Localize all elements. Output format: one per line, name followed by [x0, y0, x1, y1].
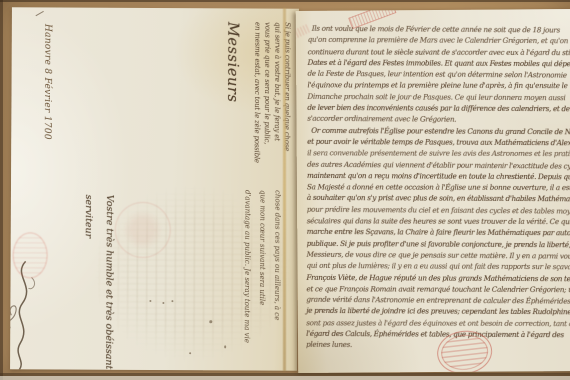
- manuscript-line: je prends la liberté de joindre ici des …: [306, 305, 570, 318]
- letter-page-right: Ils ont voulu que le mois de Février de …: [296, 9, 570, 373]
- manuscript-line: qui ont plus de lumières; il y en a eu a…: [307, 260, 570, 273]
- continuation-line: d'avantage au public. Je seray toute ma …: [239, 190, 255, 368]
- valediction-line: serviteur: [77, 195, 99, 368]
- manuscript-line: qu'on comprenne la première de Mars avec…: [308, 34, 570, 47]
- manuscript-line: Dimanche prochain soit le jour de Pasque…: [307, 91, 570, 104]
- continuation-block: chose dans ces pays ou ailleurs, à ceque…: [227, 190, 285, 368]
- manuscript-line: des autres Académies qui viennent d'étab…: [307, 158, 570, 171]
- ink-speck: [162, 302, 164, 304]
- closing-line: en mesme estat, avec tout le zèle possib…: [251, 22, 262, 200]
- ink-speck: [171, 300, 173, 302]
- closing-lines: Si je puis contribuer en quelque chosequ…: [251, 22, 292, 200]
- closing-line: qui serve à vostre but, je le feray et: [271, 22, 282, 200]
- ink-speck: [209, 320, 212, 323]
- manuscript-line: marche entre les Sçavans, la Chaire à fa…: [307, 226, 570, 239]
- letter-page-left: Hanovre 8 Février 1700 Si je puis contri…: [10, 7, 299, 370]
- manuscript-line: Sa Majesté a donné en cette occasion à l…: [307, 181, 570, 193]
- valediction-block: Vostre très humble et très obéissantserv…: [54, 194, 120, 367]
- continuation-lines: chose dans ces pays ou ailleurs, à ceque…: [239, 190, 285, 368]
- ink-speck: [224, 345, 226, 348]
- photo-top-edge: [0, 0, 570, 2]
- letter-body-text: Ils ont voulu que le mois de Février de …: [306, 23, 570, 352]
- manuscript-line: grande vérité dans l'Astronomie en entre…: [306, 294, 570, 307]
- faint-oval-stamp: [13, 232, 48, 278]
- manuscript-line: séculaires qui dans la suite des heures …: [307, 215, 570, 227]
- date-line: Hanovre 8 Février 1700: [28, 24, 53, 159]
- manuscript-line: sont pas assez justes à l'égard des équi…: [306, 317, 570, 329]
- manuscript-line: il sera convenable présentement de suivr…: [307, 148, 570, 160]
- manuscript-line: continuera durant tout le siècle suivant…: [308, 46, 570, 58]
- photo-left-edge: [0, 0, 3, 380]
- continuation-line: que mon cœur suivant sera utile: [254, 190, 270, 368]
- valediction-lines: Vostre très humble et très obéissantserv…: [77, 195, 120, 368]
- fold-crease: [283, 8, 286, 371]
- faint-round-stamp: [115, 202, 171, 258]
- manuscript-photo: Hanovre 8 Février 1700 Si je puis contri…: [0, 0, 570, 380]
- closing-block: Si je puis contribuer en quelque chosequ…: [204, 22, 292, 200]
- ink-speck: [33, 7, 44, 16]
- ink-speck: [189, 352, 191, 354]
- ink-speck: [149, 300, 151, 302]
- photo-bottom-edge: [0, 376, 570, 380]
- closing-line: vous prie que ce sera pour le public,: [261, 22, 272, 200]
- manuscript-line: François Viète, de Hague réputé un des p…: [306, 271, 570, 284]
- salutation: Messieurs: [223, 22, 240, 200]
